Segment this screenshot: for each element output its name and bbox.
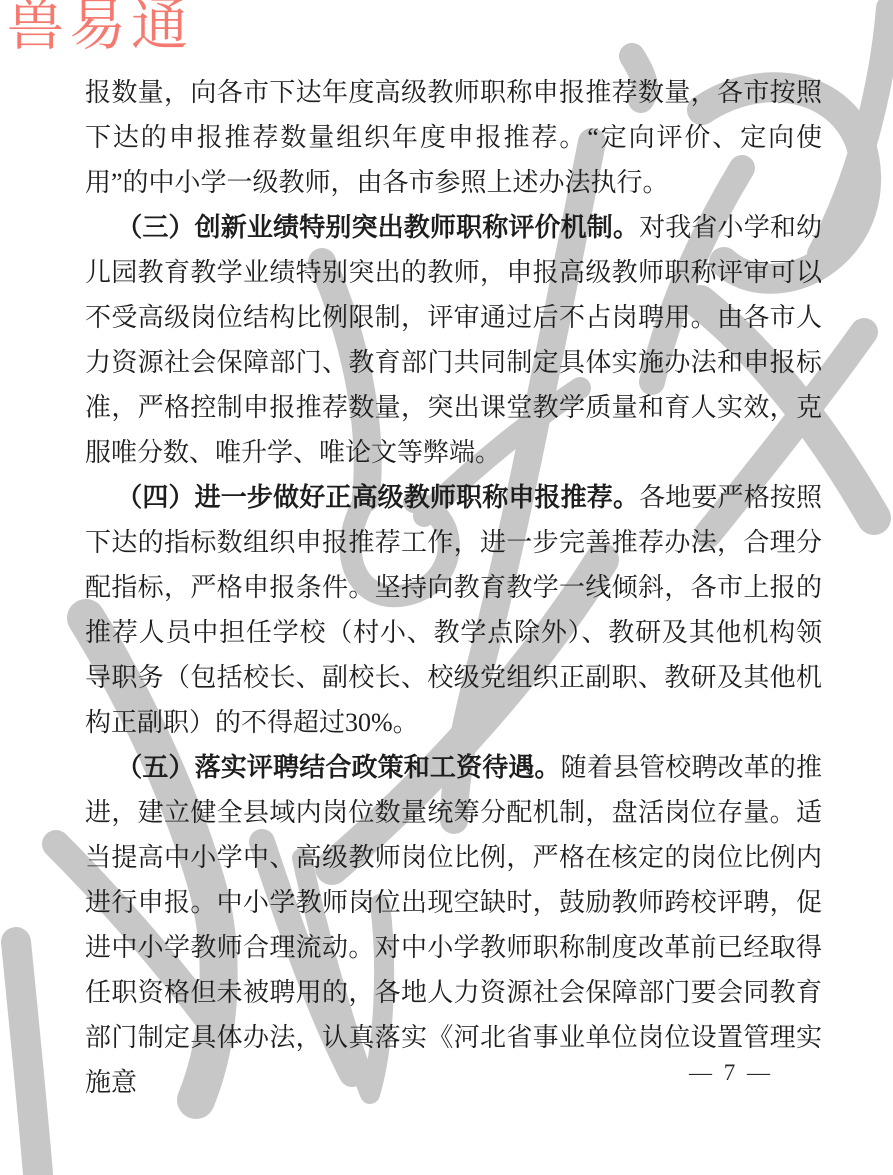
document-page: 兽易通 报数量，向各市下达年度高级教师职称申报推荐数量，各市按照下达的申报推荐数… <box>0 0 893 1175</box>
paragraph-lead: （三）创新业绩特别突出教师职称评价机制。 <box>116 213 639 242</box>
paragraph-lead: （四）进一步做好正高级教师职称申报推荐。 <box>116 483 639 512</box>
paragraph-text: 随着县管校聘改革的推进，建立健全县域内岗位数量统筹分配机制，盘活岗位存量。适当提… <box>85 753 822 1097</box>
paragraph-text: 报数量，向各市下达年度高级教师职称申报推荐数量，各市按照下达的申报推荐数量组织年… <box>85 78 822 197</box>
paragraph-lead: （五）落实评聘结合政策和工资待遇。 <box>116 753 560 782</box>
paragraph-item-5: （五）落实评聘结合政策和工资待遇。随着县管校聘改革的推进，建立健全县域内岗位数量… <box>85 745 822 1105</box>
brand-watermark-logo: 兽易通 <box>7 0 193 59</box>
paragraph-text: 各地要严格按照下达的指标数组织申报推荐工作，进一步完善推荐办法，合理分配指标，严… <box>85 483 822 737</box>
paragraph-item-3: （三）创新业绩特别突出教师职称评价机制。对我省小学和幼儿园教育教学业绩特别突出的… <box>85 205 822 475</box>
document-text-block: 报数量，向各市下达年度高级教师职称申报推荐数量，各市按照下达的申报推荐数量组织年… <box>85 70 822 1105</box>
paragraph-text: 对我省小学和幼儿园教育教学业绩特别突出的教师，申报高级教师职称评审可以不受高级岗… <box>85 213 822 467</box>
paragraph-continuation: 报数量，向各市下达年度高级教师职称申报推荐数量，各市按照下达的申报推荐数量组织年… <box>85 70 822 205</box>
paragraph-item-4: （四）进一步做好正高级教师职称申报推荐。各地要严格按照下达的指标数组织申报推荐工… <box>85 475 822 745</box>
page-number: — 7 — <box>689 1060 773 1086</box>
